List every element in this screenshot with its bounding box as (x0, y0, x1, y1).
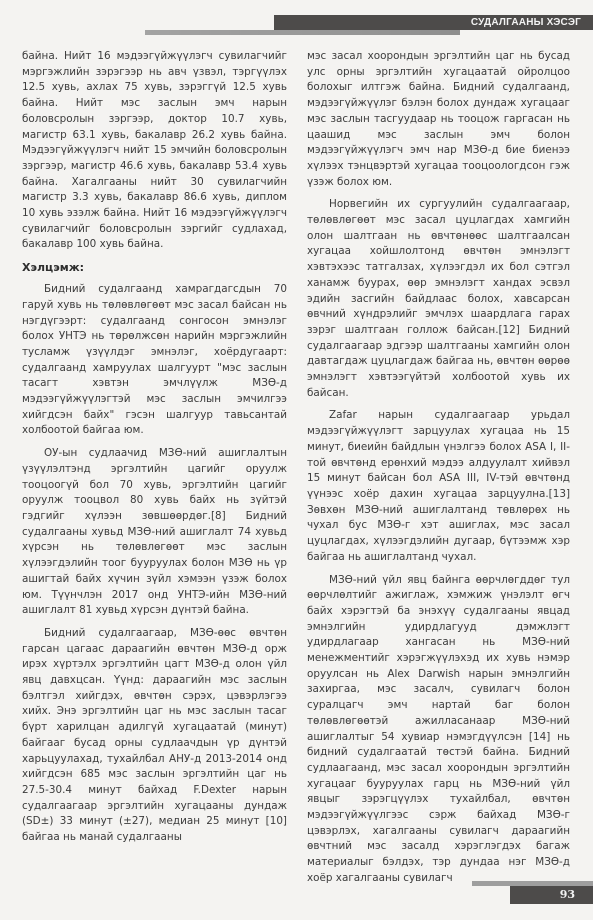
header-decorative-stripe (145, 30, 460, 35)
results-paragraph: байна. Нийт 16 мэдээгүйжүүлэгч сувилагчи… (22, 49, 287, 253)
section-title: СУДАЛГААНЫ ХЭСЭГ (471, 16, 581, 29)
body-paragraph: Норвегийн их сургуулийн судалгаагаар, тө… (307, 197, 570, 401)
body-paragraph: мэс засал хоорондын эргэлтийн цаг нь бус… (307, 49, 570, 190)
footer-bar: 93 (510, 886, 593, 904)
body-paragraph: Zafar нарын судалгаагаар урьдал мэдээгүй… (307, 408, 570, 565)
section-header-bar: СУДАЛГААНЫ ХЭСЭГ (274, 15, 593, 30)
left-column: байна. Нийт 16 мэдээгүйжүүлэгч сувилагчи… (22, 49, 287, 853)
discussion-paragraph: Бидний судалгаагаар, МЗӨ-өөс өвчтөн гарс… (22, 626, 287, 846)
body-paragraph: МЗӨ-ний үйл явц байнга өөрчлөгддөг тул ө… (307, 573, 570, 887)
discussion-paragraph: Бидний судалгаанд хамрагдагсдын 70 гаруй… (22, 282, 287, 439)
page-number: 93 (560, 888, 575, 902)
discussion-paragraph: ОУ-ын судлаачид МЗӨ-ний ашиглалтын үзүүл… (22, 446, 287, 619)
right-column: мэс засал хоорондын эргэлтийн цаг нь бус… (307, 49, 570, 894)
discussion-heading: Хэлцэмж: (22, 261, 287, 275)
